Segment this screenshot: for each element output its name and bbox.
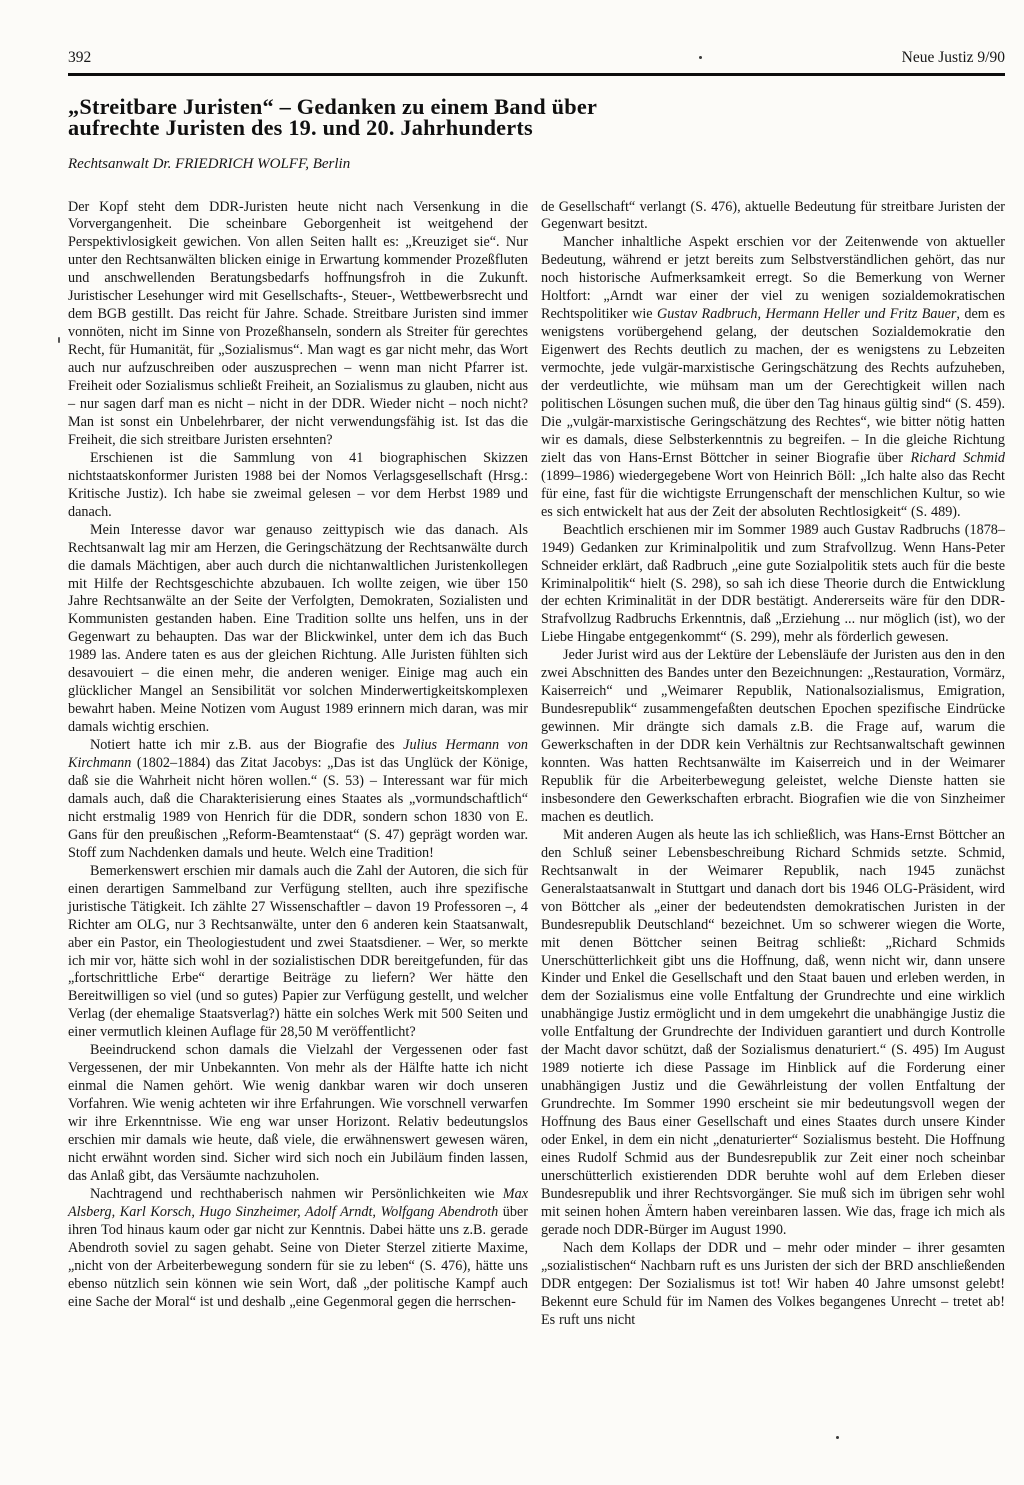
journal-name: Neue Justiz 9/90	[902, 48, 1005, 67]
paragraph: Mit anderen Augen als heute las ich schl…	[541, 827, 1005, 1240]
paragraph: Mein Interesse davor war genauso zeittyp…	[68, 522, 528, 737]
right-column: de Gesellschaft“ verlangt (S. 476), aktu…	[541, 199, 1005, 1330]
text-run: Der Kopf steht dem DDR-Juristen heute ni…	[68, 199, 528, 448]
paragraph: Notiert hatte ich mir z.B. aus der Biogr…	[68, 737, 528, 863]
paragraph: Erschienen ist die Sammlung von 41 biogr…	[68, 450, 528, 522]
header-rule	[68, 73, 1005, 76]
author-line: Rechtsanwalt Dr. FRIEDRICH WOLFF, Berlin	[68, 155, 1005, 173]
scan-artifact	[836, 1436, 839, 1439]
page-number: 392	[68, 48, 91, 67]
text-run: Jeder Jurist wird aus der Lektüre der Le…	[541, 647, 1005, 825]
text-run: Notiert hatte ich mir z.B. aus der Biogr…	[90, 737, 403, 753]
text-run: Nachtragend und rechthaberisch nahmen wi…	[90, 1186, 503, 1202]
paragraph: de Gesellschaft“ verlangt (S. 476), aktu…	[541, 199, 1005, 235]
text-run: Beeindruckend schon damals die Vielzahl …	[68, 1042, 528, 1184]
article-title-line2: aufrechte Juristen des 19. und 20. Jahrh…	[68, 117, 1005, 139]
page-header: 392 Neue Justiz 9/90	[68, 48, 1005, 67]
emphasized-name: Richard Schmid	[910, 450, 1005, 466]
article-title-line1: „Streitbare Juristen“ – Gedanken zu eine…	[68, 96, 1005, 118]
paragraph: Nach dem Kollaps der DDR und – mehr oder…	[541, 1240, 1005, 1330]
paragraph: Bemerkenswert erschien mir damals auch d…	[68, 863, 528, 1043]
journal-page: 392 Neue Justiz 9/90 „Streitbare Juriste…	[0, 0, 1024, 1485]
text-run: , dem es wenigstens vorübergehend gelang…	[541, 306, 1005, 466]
text-run: (1802–1884) das Zitat Jacobys: „Das ist …	[68, 755, 528, 861]
text-run: Mein Interesse davor war genauso zeittyp…	[68, 522, 528, 735]
two-column-body: Der Kopf steht dem DDR-Juristen heute ni…	[68, 199, 1005, 1330]
text-run: Erschienen ist die Sammlung von 41 biogr…	[68, 450, 528, 520]
text-run: (1899–1986) wiedergegebene Wort von Hein…	[541, 468, 1005, 520]
scan-artifact	[699, 56, 702, 59]
text-run: Nach dem Kollaps der DDR und – mehr oder…	[541, 1240, 1005, 1328]
paragraph: Nachtragend und rechthaberisch nahmen wi…	[68, 1186, 528, 1312]
paragraph: Mancher inhaltliche Aspekt erschien vor …	[541, 234, 1005, 521]
text-run: de Gesellschaft“ verlangt (S. 476), aktu…	[541, 199, 1005, 233]
paragraph: Beeindruckend schon damals die Vielzahl …	[68, 1042, 528, 1186]
article-title: „Streitbare Juristen“ – Gedanken zu eine…	[68, 96, 1005, 139]
left-column: Der Kopf steht dem DDR-Juristen heute ni…	[68, 199, 528, 1330]
emphasized-name: Gustav Radbruch, Hermann Heller und Frit…	[657, 306, 956, 322]
scan-artifact	[58, 337, 60, 343]
text-run: Mit anderen Augen als heute las ich schl…	[541, 827, 1005, 1238]
paragraph: Der Kopf steht dem DDR-Juristen heute ni…	[68, 199, 528, 450]
text-run: Beachtlich erschienen mir im Sommer 1989…	[541, 522, 1005, 646]
text-run: Bemerkenswert erschien mir damals auch d…	[68, 863, 528, 1041]
paragraph: Jeder Jurist wird aus der Lektüre der Le…	[541, 647, 1005, 827]
paragraph: Beachtlich erschienen mir im Sommer 1989…	[541, 522, 1005, 648]
